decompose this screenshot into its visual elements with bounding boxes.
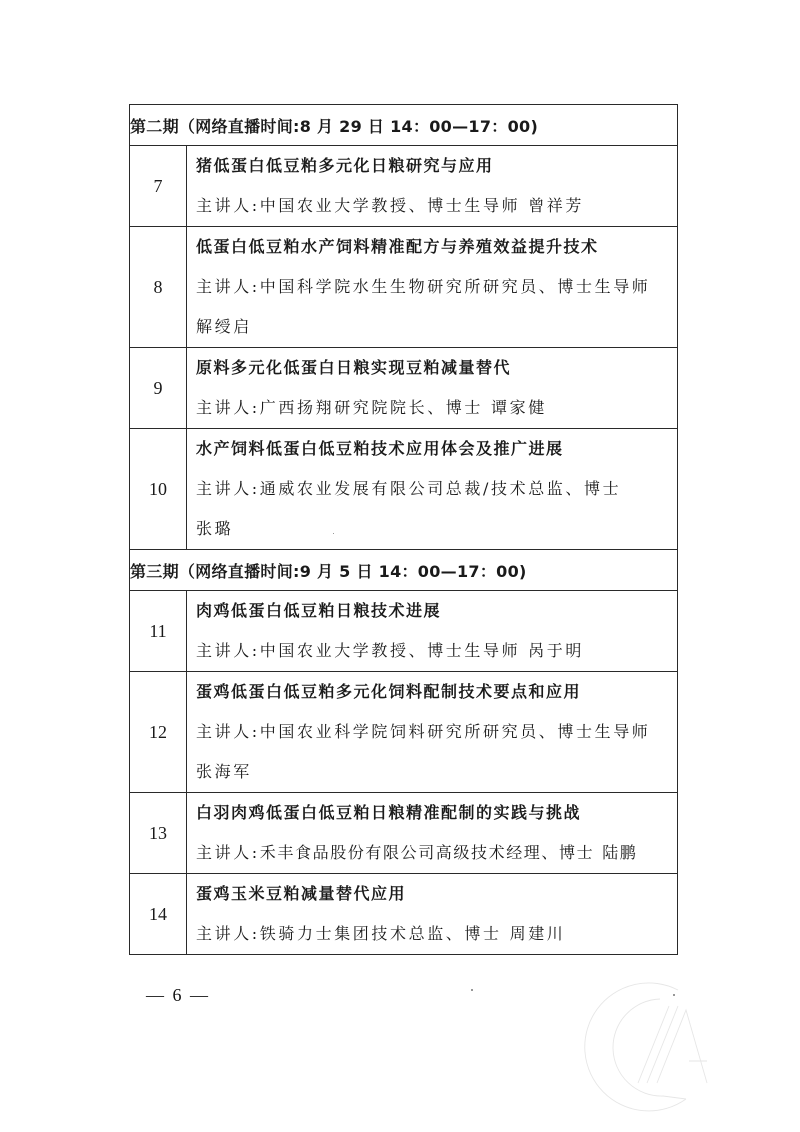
table-row: 7 猪低蛋白低豆粕多元化日粮研究与应用 主讲人:中国农业大学教授、博士生导师曾祥… xyxy=(130,146,678,227)
speaker-name: 解绶启 xyxy=(196,317,252,336)
item-number: 9 xyxy=(130,348,187,429)
speaker-title: 通威农业发展有限公司总裁/技术总监、博士 xyxy=(260,479,621,498)
page-number: — 6 — xyxy=(146,985,210,1006)
speaker-label: 主讲人: xyxy=(196,277,260,296)
webinar-schedule-table: 第二期（网络直播时间:8 月 29 日 14：00—17：00) 7 猪低蛋白低… xyxy=(129,104,678,955)
session-header-row: 第三期（网络直播时间:9 月 5 日 14：00—17：00) xyxy=(130,550,678,591)
speaker-line: 主讲人:中国农业科学院饲料研究所研究员、博士生导师张海军 xyxy=(196,712,671,792)
speaker-name: 曾祥芳 xyxy=(528,196,584,215)
item-number: 11 xyxy=(130,591,187,672)
session-header: 第三期（网络直播时间:9 月 5 日 14：00—17：00) xyxy=(130,550,678,591)
speaker-title: 中国农业大学教授、博士生导师 xyxy=(260,641,520,660)
speaker-name: 陆鹏 xyxy=(602,843,637,862)
scan-speck xyxy=(471,989,473,991)
item-number: 10 xyxy=(130,429,187,550)
item-number: 14 xyxy=(130,874,187,955)
speaker-label: 主讲人: xyxy=(196,924,260,943)
table-row: 13 白羽肉鸡低蛋白低豆粕日粮精准配制的实践与挑战 主讲人:禾丰食品股份有限公司… xyxy=(130,793,678,874)
table-row: 14 蛋鸡玉米豆粕减量替代应用 主讲人:铁骑力士集团技术总监、博士周建川 xyxy=(130,874,678,955)
item-content: 蛋鸡玉米豆粕减量替代应用 主讲人:铁骑力士集团技术总监、博士周建川 xyxy=(187,874,678,955)
speaker-line: 主讲人:禾丰食品股份有限公司高级技术经理、博士陆鹏 xyxy=(196,833,671,873)
item-content: 肉鸡低蛋白低豆粕日粮技术进展 主讲人:中国农业大学教授、博士生导师呙于明 xyxy=(187,591,678,672)
item-number: 7 xyxy=(130,146,187,227)
speaker-title: 中国农业大学教授、博士生导师 xyxy=(260,196,520,215)
document-page: 第二期（网络直播时间:8 月 29 日 14：00—17：00) 7 猪低蛋白低… xyxy=(0,0,800,1132)
speaker-label: 主讲人: xyxy=(196,196,260,215)
item-content: 低蛋白低豆粕水产饲料精准配方与养殖效益提升技术 主讲人:中国科学院水生生物研究所… xyxy=(187,227,678,348)
speaker-name: 呙于明 xyxy=(528,641,584,660)
speaker-label: 主讲人: xyxy=(196,398,260,417)
speaker-title: 铁骑力士集团技术总监、博士 xyxy=(260,924,502,943)
speaker-label: 主讲人: xyxy=(196,843,260,862)
item-number: 12 xyxy=(130,672,187,793)
session-header: 第二期（网络直播时间:8 月 29 日 14：00—17：00) xyxy=(130,105,678,146)
speaker-line: 主讲人:铁骑力士集团技术总监、博士周建川 xyxy=(196,914,671,954)
lecture-topic: 低蛋白低豆粕水产饲料精准配方与养殖效益提升技术 xyxy=(196,227,671,267)
item-content: 蛋鸡低蛋白低豆粕多元化饲料配制技术要点和应用 主讲人:中国农业科学院饲料研究所研… xyxy=(187,672,678,793)
item-content: 原料多元化低蛋白日粮实现豆粕减量替代 主讲人:广西扬翔研究院院长、博士谭家健 xyxy=(187,348,678,429)
speaker-line: 主讲人:中国农业大学教授、博士生导师曾祥芳 xyxy=(196,186,671,226)
scan-speck xyxy=(673,994,675,996)
lecture-topic: 蛋鸡低蛋白低豆粕多元化饲料配制技术要点和应用 xyxy=(196,672,671,712)
speaker-name: 谭家健 xyxy=(491,398,547,417)
lecture-topic: 猪低蛋白低豆粕多元化日粮研究与应用 xyxy=(196,146,671,186)
speaker-title: 中国农业科学院饲料研究所研究员、博士生导师 xyxy=(260,722,651,741)
item-number: 13 xyxy=(130,793,187,874)
speaker-line: 主讲人:中国农业大学教授、博士生导师呙于明 xyxy=(196,631,671,671)
speaker-title: 中国科学院水生生物研究所研究员、博士生导师 xyxy=(260,277,651,296)
speaker-title: 广西扬翔研究院院长、博士 xyxy=(260,398,483,417)
speaker-label: 主讲人: xyxy=(196,722,260,741)
speaker-title: 禾丰食品股份有限公司高级技术经理、博士 xyxy=(260,843,594,862)
table-row: 12 蛋鸡低蛋白低豆粕多元化饲料配制技术要点和应用 主讲人:中国农业科学院饲料研… xyxy=(130,672,678,793)
speaker-name: 张海军 xyxy=(196,762,252,781)
speaker-line: 主讲人:广西扬翔研究院院长、博士谭家健 xyxy=(196,388,671,428)
speaker-name: 张璐 xyxy=(196,519,233,538)
lecture-topic: 白羽肉鸡低蛋白低豆粕日粮精准配制的实践与挑战 xyxy=(196,793,671,833)
scan-speck xyxy=(333,533,334,534)
table-row: 10 水产饲料低蛋白低豆粕技术应用体会及推广进展 主讲人:通威农业发展有限公司总… xyxy=(130,429,678,550)
lecture-topic: 肉鸡低蛋白低豆粕日粮技术进展 xyxy=(196,591,671,631)
item-content: 白羽肉鸡低蛋白低豆粕日粮精准配制的实践与挑战 主讲人:禾丰食品股份有限公司高级技… xyxy=(187,793,678,874)
speaker-line: 主讲人:中国科学院水生生物研究所研究员、博士生导师解绶启 xyxy=(196,267,671,347)
lecture-topic: 原料多元化低蛋白日粮实现豆粕减量替代 xyxy=(196,348,671,388)
lecture-topic: 蛋鸡玉米豆粕减量替代应用 xyxy=(196,874,671,914)
item-content: 水产饲料低蛋白低豆粕技术应用体会及推广进展 主讲人:通威农业发展有限公司总裁/技… xyxy=(187,429,678,550)
item-number: 8 xyxy=(130,227,187,348)
speaker-name: 周建川 xyxy=(510,924,566,943)
speaker-label: 主讲人: xyxy=(196,641,260,660)
table-row: 11 肉鸡低蛋白低豆粕日粮技术进展 主讲人:中国农业大学教授、博士生导师呙于明 xyxy=(130,591,678,672)
item-content: 猪低蛋白低豆粕多元化日粮研究与应用 主讲人:中国农业大学教授、博士生导师曾祥芳 xyxy=(187,146,678,227)
speaker-label: 主讲人: xyxy=(196,479,260,498)
session-header-row: 第二期（网络直播时间:8 月 29 日 14：00—17：00) xyxy=(130,105,678,146)
lecture-topic: 水产饲料低蛋白低豆粕技术应用体会及推广进展 xyxy=(196,429,671,469)
table-row: 8 低蛋白低豆粕水产饲料精准配方与养殖效益提升技术 主讲人:中国科学院水生生物研… xyxy=(130,227,678,348)
speaker-line: 主讲人:通威农业发展有限公司总裁/技术总监、博士张璐 xyxy=(196,469,671,549)
table-row: 9 原料多元化低蛋白日粮实现豆粕减量替代 主讲人:广西扬翔研究院院长、博士谭家健 xyxy=(130,348,678,429)
publisher-logo-watermark-icon xyxy=(583,978,718,1113)
